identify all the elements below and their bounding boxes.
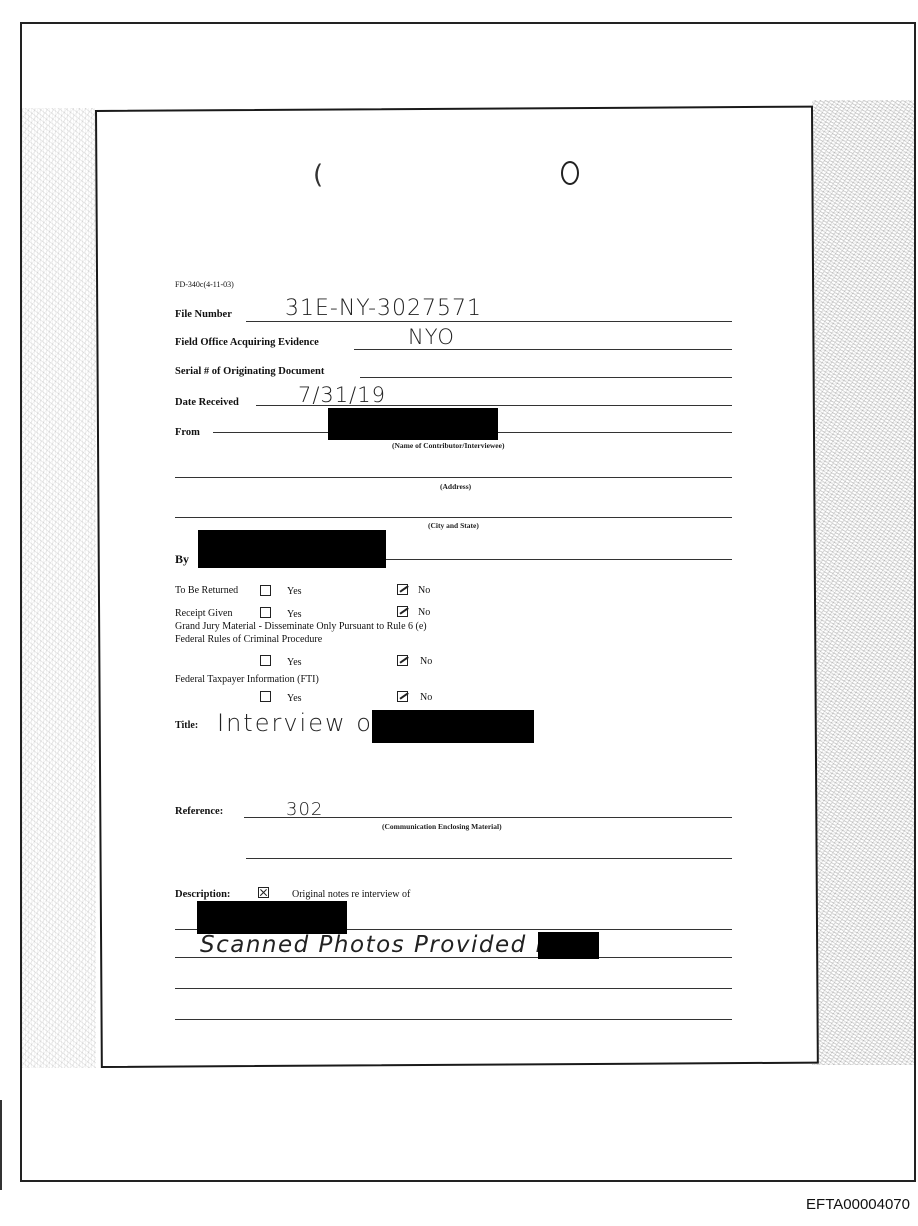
grand-jury-yes-label: Yes bbox=[287, 657, 302, 668]
from-label: From bbox=[175, 427, 200, 438]
to-be-returned-label: To Be Returned bbox=[175, 585, 238, 596]
grand-jury-no-checkbox[interactable] bbox=[397, 655, 408, 666]
field-office-value[interactable]: NYO bbox=[408, 325, 455, 349]
receipt-given-label: Receipt Given bbox=[175, 608, 232, 619]
reference-label: Reference: bbox=[175, 806, 223, 817]
file-number-line bbox=[246, 321, 732, 322]
to-be-returned-yes-label: Yes bbox=[287, 586, 302, 597]
scan-noise-right bbox=[812, 100, 915, 1065]
to-be-returned-no-label: No bbox=[418, 585, 430, 596]
grand-jury-sublabel: Federal Rules of Criminal Procedure bbox=[175, 634, 322, 645]
city-state-line[interactable] bbox=[175, 517, 732, 518]
date-received-value[interactable]: 7/31/19 bbox=[298, 383, 386, 407]
receipt-given-yes-label: Yes bbox=[287, 609, 302, 620]
serial-label: Serial # of Originating Document bbox=[175, 366, 324, 377]
fti-no-checkbox[interactable] bbox=[397, 691, 408, 702]
description-line-4[interactable] bbox=[175, 1019, 732, 1020]
receipt-given-yes-checkbox[interactable] bbox=[260, 607, 271, 618]
file-number-label: File Number bbox=[175, 309, 232, 320]
description-handwritten[interactable]: Scanned Photos Provided by bbox=[200, 932, 567, 958]
document-id: EFTA00004070 bbox=[806, 1196, 910, 1213]
reference-caption: (Communication Enclosing Material) bbox=[382, 822, 502, 831]
description-name-redaction bbox=[197, 901, 347, 934]
fti-yes-checkbox[interactable] bbox=[260, 691, 271, 702]
field-office-label: Field Office Acquiring Evidence bbox=[175, 337, 319, 348]
description-checkbox[interactable] bbox=[258, 887, 269, 898]
grand-jury-no-label: No bbox=[420, 656, 432, 667]
from-redaction bbox=[328, 408, 498, 440]
punch-hole-icon bbox=[561, 161, 579, 185]
receipt-given-no-checkbox[interactable] bbox=[397, 606, 408, 617]
field-office-line bbox=[354, 349, 732, 350]
file-number-value[interactable]: 31E-NY-3027571 bbox=[285, 296, 482, 321]
date-received-label: Date Received bbox=[175, 397, 239, 408]
receipt-given-no-label: No bbox=[418, 607, 430, 618]
by-label: By bbox=[175, 552, 189, 567]
from-caption: (Name of Contributor/Interviewee) bbox=[392, 441, 504, 450]
fti-no-label: No bbox=[420, 692, 432, 703]
to-be-returned-no-checkbox[interactable] bbox=[397, 584, 408, 595]
scan-noise-left bbox=[22, 108, 96, 1068]
serial-line[interactable] bbox=[360, 377, 732, 378]
title-value[interactable]: Interview of bbox=[217, 709, 383, 737]
reference-line-2[interactable] bbox=[246, 858, 732, 859]
grand-jury-yes-checkbox[interactable] bbox=[260, 655, 271, 666]
description-text: Original notes re interview of bbox=[292, 889, 410, 900]
description-label: Description: bbox=[175, 889, 230, 900]
description-provider-redaction bbox=[538, 932, 599, 959]
title-redaction bbox=[372, 710, 534, 743]
to-be-returned-yes-checkbox[interactable] bbox=[260, 585, 271, 596]
scan-edge-mark bbox=[0, 1100, 2, 1190]
scan-mark: ( bbox=[313, 160, 323, 190]
city-state-caption: (City and State) bbox=[428, 521, 479, 530]
reference-value[interactable]: 302 bbox=[286, 799, 323, 820]
fti-yes-label: Yes bbox=[287, 693, 302, 704]
form-code: FD-340c(4-11-03) bbox=[175, 280, 234, 289]
fti-label: Federal Taxpayer Information (FTI) bbox=[175, 674, 319, 685]
address-caption: (Address) bbox=[440, 482, 471, 491]
by-line bbox=[385, 559, 732, 560]
address-line[interactable] bbox=[175, 477, 732, 478]
grand-jury-label: Grand Jury Material - Disseminate Only P… bbox=[175, 621, 427, 632]
description-line-3[interactable] bbox=[175, 988, 732, 989]
by-redaction bbox=[198, 530, 386, 568]
title-label: Title: bbox=[175, 720, 198, 731]
